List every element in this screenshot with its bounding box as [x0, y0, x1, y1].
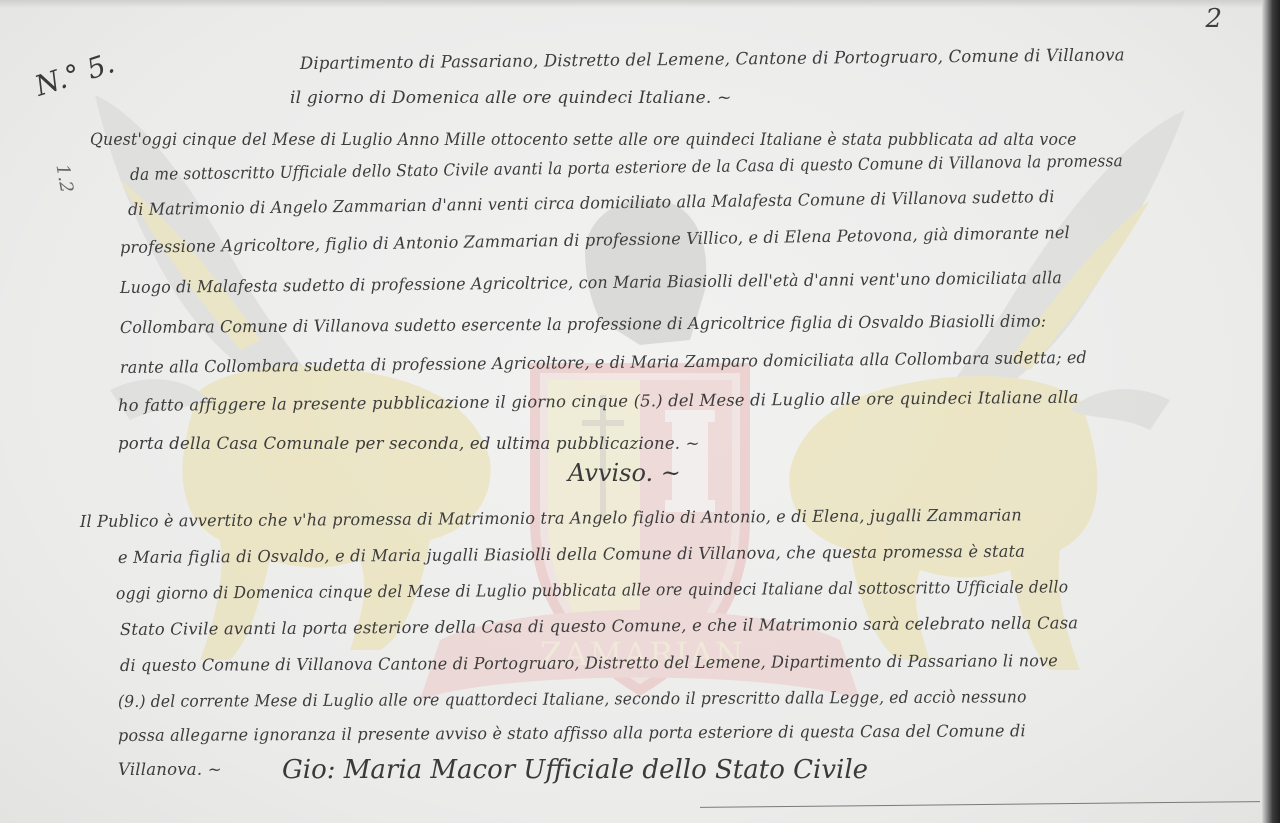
page-top-edge	[0, 0, 1262, 8]
page-right-edge	[1262, 0, 1280, 823]
notice-title: Avviso. ~	[568, 459, 681, 487]
heading-line: il giorno di Domenica alle ore quindeci …	[290, 88, 732, 108]
page-number: 2	[1205, 4, 1222, 34]
body-line: Quest'oggi cinque del Mese di Luglio Ann…	[90, 130, 1077, 149]
body-line: porta della Casa Comunale per seconda, e…	[118, 434, 700, 453]
official-signature: Gio: Maria Macor Ufficiale dello Stato C…	[282, 755, 868, 785]
notice-line: Villanova. ~	[118, 760, 222, 779]
